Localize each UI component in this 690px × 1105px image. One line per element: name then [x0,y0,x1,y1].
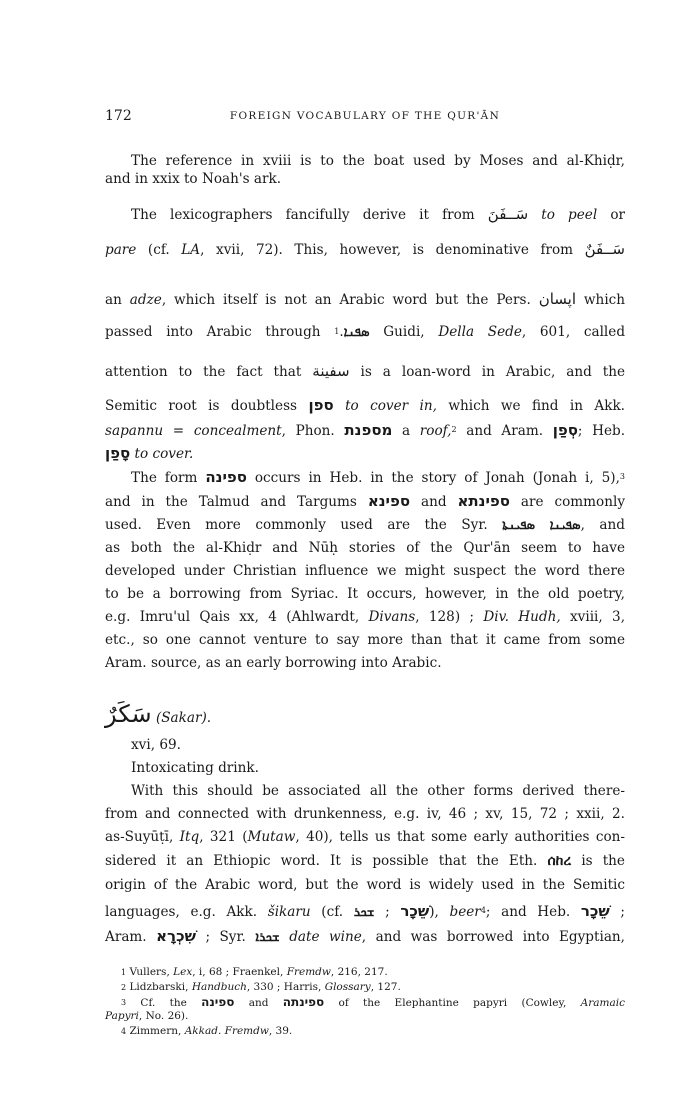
hebrew-word: שֵׁכָר [581,902,610,920]
syriac-word: ܫܟܪ [354,905,375,920]
text-line: e.g. Imru'ul Qais xx, 4 (Ahlwardt, Divan… [105,608,625,626]
footnote: 2 Lidzbarski, Handbuch, 330 ; Harris, Gl… [105,981,625,994]
page-header: 172 Foreign Vocabulary of the Qur'ān [105,108,625,128]
text-line: Aram. שִׁכְרָא ; Syr. ܫܟܪܐ date wine, an… [105,927,625,947]
persian-word: اپسان [539,290,576,308]
text-line: as-Suyūṭī, Itq, 321 (Mutaw, 40), tells u… [105,828,625,846]
text-line: developed under Christian influence we m… [105,562,625,580]
text-line: Aram. source, as an early borrowing into… [105,654,625,672]
footnote-ref: 3 [620,472,625,481]
text-line: sidered it an Ethiopic word. It is possi… [105,852,625,870]
text-line: languages, e.g. Akk. šikaru (cf. שֵׁכָר … [105,902,625,922]
text-line: from and connected with drunkenness, e.g… [105,805,625,823]
arabic-word: سَــفَنٌ [585,240,625,258]
running-head: Foreign Vocabulary of the Qur'ān [105,110,625,122]
text-line: The reference in xviii is to the boat us… [105,152,625,170]
entry-reference: xvi, 69. [105,736,625,754]
footnote-continuation: Papyri, No. 26). [105,1010,625,1023]
syriac-word: ܣܦܢܐ [344,325,370,340]
ethiopic-word: ሰከረ [547,853,571,869]
text-line: Semitic root is doubtless ספן to cover i… [105,396,625,415]
text-line: to be a borrowing from Syriac. It occurs… [105,585,625,603]
entry-arabic: سَكَرٌ [105,700,152,728]
hebrew-word: ספינה [205,468,247,486]
hebrew-word: ספינתה [283,995,324,1009]
syriac-word: ܫܟܪܐ [255,930,279,945]
text-line: and in xxix to Noah's ark. [105,170,625,188]
text-line: and in the Talmud and Targums ספינא and … [105,492,625,511]
entry-meaning: Intoxicating drink. [105,759,625,777]
text-line: an adze, which itself is not an Arabic w… [105,290,625,309]
arabic-word: سفينة [312,362,349,380]
footnote: 4 Zimmern, Akkad. Fremdw, 39. [105,1025,625,1038]
text-line: The lexicographers fancifully derive it … [105,205,625,224]
entry-transliteration: (Sakar). [156,710,211,726]
syriac-word: ܣܦܝܢܬܐ [502,518,535,533]
hebrew-word: סְפַן [553,421,578,439]
text-line: attention to the fact that سفينة is a lo… [105,362,625,381]
text-line: as both the al-Khiḍr and Nūḥ stories of … [105,539,625,557]
text-line: passed into Arabic through ܣܦܢܐ.1 Guidi,… [105,323,625,342]
text-line: origin of the Arabic word, but the word … [105,876,625,894]
book-page: 172 Foreign Vocabulary of the Qur'ān The… [0,0,690,1105]
syriac-word: ܣܦܝܢܐ [550,518,581,533]
hebrew-word: ספינה [201,995,234,1009]
text-line: etc., so one cannot venture to say more … [105,631,625,649]
text-line: With this should be associated all the o… [105,782,625,800]
text-line: סָפַן to cover. [105,444,625,463]
text-line: used. Even more commonly used are the Sy… [105,516,625,535]
hebrew-word: שִׁכְרָא [156,927,196,945]
text-line: The form ספינה occurs in Heb. in the sto… [105,468,625,487]
footnote-ref: 2 [452,425,457,434]
footnote: 3 Cf. the ספינה and ספינתה of the Elepha… [105,996,625,1010]
arabic-word: سَــفَنَ [488,205,528,223]
hebrew-word: שֵׁכָר [400,902,429,920]
hebrew-word: ספן [308,396,333,414]
hebrew-word: ספינא [368,492,410,510]
entry-heading: سَكَرٌ (Sakar). [105,700,211,728]
hebrew-word: מספנת [344,421,392,439]
footnote: 1 Vullers, Lex, i, 68 ; Fraenkel, Fremdw… [105,966,625,979]
text-line: sapannu = concealment, Phon. מספנת a roo… [105,421,625,440]
text-line: pare (cf. LA, xvii, 72). This, however, … [105,240,625,259]
hebrew-word: סָפַן [105,444,130,462]
hebrew-word: ספינתא [457,492,509,510]
